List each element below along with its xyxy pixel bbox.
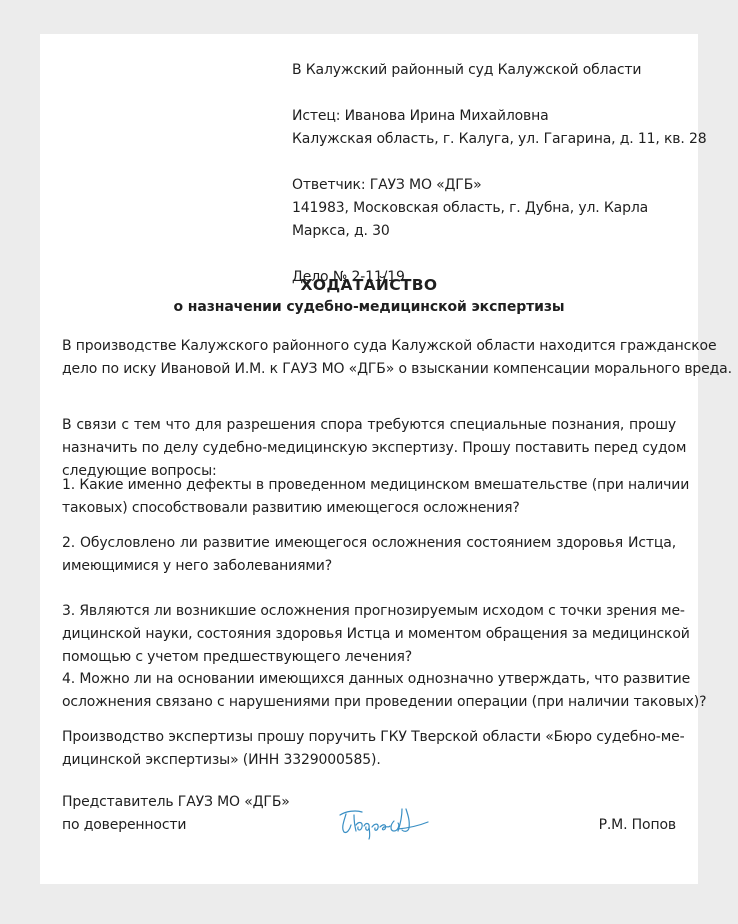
handwritten-signature-icon (332, 801, 432, 841)
paragraph-line: дело по иску Ивановой И.М. к ГАУЗ МО «ДГ… (62, 358, 676, 381)
document-subtitle: о назначении судебно-медицинской эксперт… (40, 296, 698, 318)
paragraph-line: дицинской науки, состояния здоровья Истц… (62, 623, 676, 646)
defendant-address-line1: 141983, Московская область, г. Дубна, ул… (292, 197, 707, 220)
defendant-block: Ответчик: ГАУЗ МО «ДГБ» 141983, Московск… (292, 174, 707, 243)
document-header: В Калужский районный суд Калужской облас… (292, 59, 707, 289)
paragraph-line: В производстве Калужского районного суда… (62, 335, 676, 358)
paragraph-line: В связи с тем что для разрешения спора т… (62, 414, 676, 437)
question-4: 4. Можно ли на основании имеющихся данны… (62, 668, 676, 714)
court-addressee: В Калужский районный суд Калужской облас… (292, 59, 707, 82)
paragraph-expert-assignment: Производство экспертизы прошу поручить Г… (62, 726, 676, 772)
document-page: В Калужский районный суд Калужской облас… (40, 34, 698, 884)
paragraph-line: таковых) способствовали развитию имеющег… (62, 497, 676, 520)
paragraph-line: 1. Какие именно дефекты в проведенном ме… (62, 474, 676, 497)
defendant-address-line2: Маркса, д. 30 (292, 220, 707, 243)
paragraph-line: Производство экспертизы прошу поручить Г… (62, 726, 676, 749)
paragraph-line: дицинской экспертизы» (ИНН 3329000585). (62, 749, 676, 772)
paragraph-line: помощью с учетом предшествующего лечения… (62, 646, 676, 669)
plaintiff-name: Истец: Иванова Ирина Михайловна (292, 105, 707, 128)
paragraph-intro: В производстве Калужского районного суда… (62, 335, 676, 381)
question-2: 2. Обусловлено ли развитие имеющегося ос… (62, 532, 676, 578)
court-name: В Калужский районный суд Калужской облас… (292, 59, 707, 82)
paragraph-line: 2. Обусловлено ли развитие имеющегося ос… (62, 532, 676, 555)
signature-block: Представитель ГАУЗ МО «ДГБ» по доверенно… (62, 791, 676, 837)
document-title: ХОДАТАЙСТВО (40, 274, 698, 296)
paragraph-line: осложнения связано с нарушениями при про… (62, 691, 676, 714)
signatory-name: Р.М. Попов (599, 814, 676, 837)
paragraph-line: 4. Можно ли на основании имеющихся данны… (62, 668, 676, 691)
plaintiff-block: Истец: Иванова Ирина Михайловна Калужска… (292, 105, 707, 151)
paragraph-line: 3. Являются ли возникшие осложнения прог… (62, 600, 676, 623)
question-3: 3. Являются ли возникшие осложнения прог… (62, 600, 676, 669)
defendant-name: Ответчик: ГАУЗ МО «ДГБ» (292, 174, 707, 197)
plaintiff-address: Калужская область, г. Калуга, ул. Гагари… (292, 128, 707, 151)
paragraph-line: назначить по делу судебно-медицинскую эк… (62, 437, 676, 460)
paragraph-line: имеющимися у него заболеваниями? (62, 555, 676, 578)
paragraph-request: В связи с тем что для разрешения спора т… (62, 414, 676, 483)
question-1: 1. Какие именно дефекты в проведенном ме… (62, 474, 676, 520)
